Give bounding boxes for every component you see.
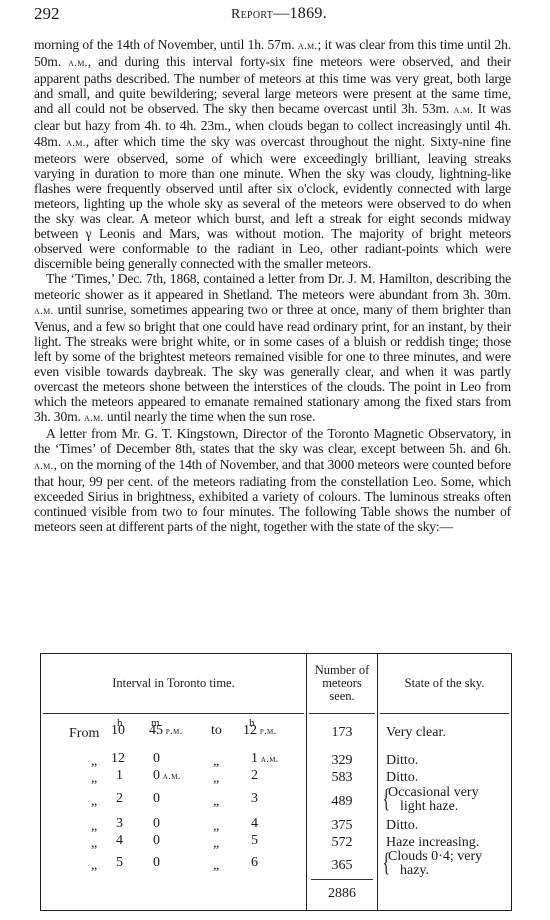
- to-hour: 1 a.m.: [251, 751, 279, 767]
- sky-state: light haze.: [400, 800, 458, 814]
- row-prefix: „: [91, 836, 97, 851]
- meteor-count: 173: [307, 725, 377, 741]
- header-rule: [43, 713, 304, 714]
- row-prefix: „: [91, 771, 97, 786]
- separator: „: [213, 819, 219, 834]
- from-hour: 1: [116, 768, 123, 783]
- header-rule: [309, 713, 375, 714]
- state-column: State of the sky. Very clear.Ditto.Ditto…: [378, 654, 511, 910]
- document-page: 292 Report—1869. morning of the 14th of …: [0, 0, 550, 920]
- time-abbrev: a.m.: [454, 104, 474, 116]
- am-pm-label: a.m.: [258, 754, 279, 765]
- paragraph: The ‘Times,’ Dec. 7th, 1868, contained a…: [34, 271, 511, 426]
- separator: „: [213, 771, 219, 786]
- to-hour: 3: [251, 791, 258, 806]
- time-abbrev: a.m.: [66, 137, 86, 149]
- count-header-line: meteors: [315, 677, 370, 690]
- from-minute: 0 a.m.: [153, 768, 181, 784]
- count-column: Number of meteors seen. 1733295834893755…: [306, 654, 378, 910]
- from-hour: 5: [116, 855, 123, 870]
- separator: „: [213, 754, 219, 769]
- running-head: Report—1869.: [34, 5, 524, 23]
- sky-state: Ditto.: [386, 754, 418, 768]
- interval-column: Interval in Toronto time. h m h From1045…: [41, 654, 306, 910]
- paragraph: A letter from Mr. G. T. Kingstown, Direc…: [34, 426, 511, 534]
- interval-header: Interval in Toronto time.: [41, 654, 306, 712]
- row-prefix: „: [91, 819, 97, 834]
- to-hour: 4: [251, 816, 258, 831]
- row-prefix: „: [91, 794, 97, 809]
- from-hour: 12: [111, 751, 125, 766]
- am-pm-label: p.m.: [163, 726, 183, 737]
- from-minute: 0: [153, 751, 160, 766]
- meteor-count: 572: [307, 835, 377, 851]
- from-hour: 10: [111, 723, 125, 738]
- from-minute: 0: [153, 833, 160, 848]
- separator: „: [213, 858, 219, 873]
- sky-state: Occasional very: [388, 786, 479, 800]
- header-rule: [380, 713, 509, 714]
- meteor-count: 583: [307, 770, 377, 786]
- am-pm-label: a.m.: [160, 771, 181, 782]
- to-hour: 12 p.m.: [243, 723, 277, 739]
- count-header: Number of meteors seen.: [307, 654, 377, 712]
- paragraph: morning of the 14th of November, until 1…: [34, 37, 511, 271]
- to-hour: 2: [251, 768, 258, 783]
- time-abbrev: a.m.: [84, 412, 104, 424]
- time-abbrev: a.m.: [34, 460, 54, 472]
- sky-state: Very clear.: [386, 726, 446, 740]
- time-abbrev: a.m.: [34, 305, 54, 317]
- meteor-count: 365: [307, 858, 377, 874]
- row-prefix: From: [69, 726, 99, 741]
- meteor-count: 375: [307, 818, 377, 834]
- meteor-count: 489: [307, 794, 377, 810]
- from-minute: 45 p.m.: [149, 723, 183, 739]
- row-prefix: „: [91, 858, 97, 873]
- to-hour: 6: [251, 855, 258, 870]
- sky-state: hazy.: [400, 864, 429, 878]
- separator: to: [211, 723, 222, 738]
- separator: „: [213, 836, 219, 851]
- sky-state: Clouds 0·4; very: [388, 850, 482, 864]
- meteor-count: 329: [307, 753, 377, 769]
- am-pm-label: p.m.: [257, 726, 277, 737]
- meteor-count-table: Interval in Toronto time. h m h From1045…: [40, 653, 512, 911]
- sky-state: Ditto.: [386, 819, 418, 833]
- state-header: State of the sky.: [378, 654, 511, 712]
- time-abbrev: a.m.: [298, 40, 318, 52]
- page-header: 292 Report—1869.: [34, 4, 524, 26]
- from-minute: 0: [153, 855, 160, 870]
- total-rule: [311, 879, 373, 880]
- from-minute: 0: [153, 791, 160, 806]
- running-head-title: Report: [231, 7, 273, 22]
- running-head-year: —1869.: [273, 5, 327, 22]
- from-hour: 3: [116, 816, 123, 831]
- count-header-line: Number of: [315, 664, 370, 677]
- time-abbrev: a.m.: [68, 57, 88, 69]
- body-text: morning of the 14th of November, until 1…: [34, 37, 511, 534]
- count-header-line: seen.: [315, 690, 370, 703]
- sky-state: Ditto.: [386, 771, 418, 785]
- from-minute: 0: [153, 816, 160, 831]
- sky-state: Haze increasing.: [386, 836, 479, 850]
- from-hour: 4: [116, 833, 123, 848]
- from-hour: 2: [116, 791, 123, 806]
- total-count: 2886: [307, 886, 377, 902]
- to-hour: 5: [251, 833, 258, 848]
- separator: „: [213, 794, 219, 809]
- row-prefix: „: [91, 754, 97, 769]
